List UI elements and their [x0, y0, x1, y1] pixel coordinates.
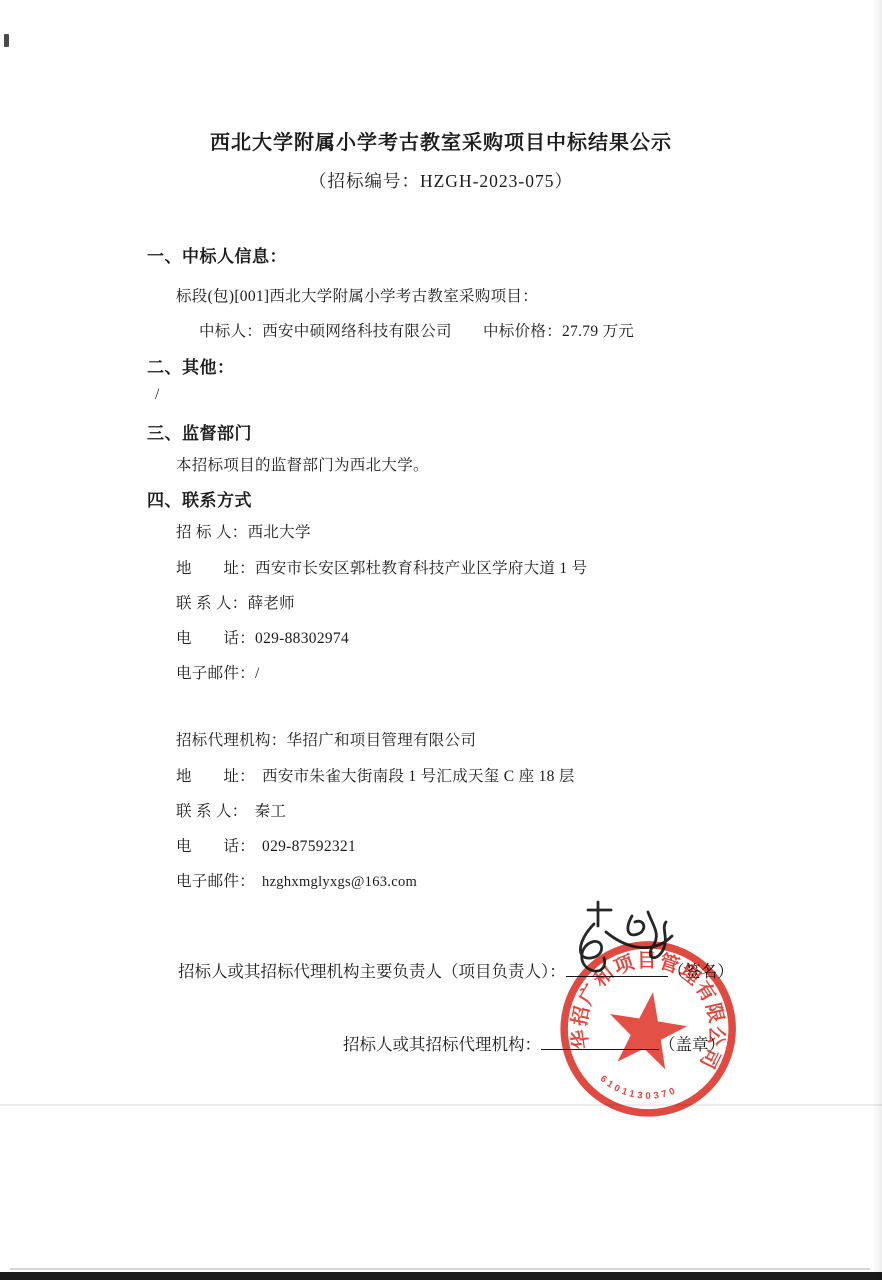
tenderer-label: 招 标 人：	[176, 524, 248, 541]
agency-value: 秦工	[255, 803, 287, 820]
tenderer-value: 西安市长安区郭杜教育科技产业区学府大道 1 号	[255, 560, 587, 577]
tender-number: （招标编号：HZGH-2023-075）	[0, 168, 882, 193]
handwritten-signature	[548, 896, 698, 1006]
section4-heading: 四、联系方式	[147, 486, 252, 511]
scan-bottom-bar	[0, 1272, 882, 1280]
tenderer-value: /	[255, 665, 260, 682]
tenderer-row: 招 标 人：西北大学	[176, 520, 311, 542]
section2-heading: 二、其他：	[147, 353, 235, 378]
agency-label: 联 系 人：	[176, 803, 248, 820]
tenderer-label: 地 址：	[176, 560, 255, 577]
section3-heading: 三、监督部门	[147, 419, 252, 444]
stamp-row-label: 招标人或其招标代理机构：	[343, 1035, 541, 1054]
tenderer-row: 联 系 人：薛老师	[176, 591, 295, 613]
scan-right-shadow	[872, 0, 882, 1280]
agency-label: 电 话：	[176, 838, 255, 855]
tenderer-value: 薛老师	[248, 595, 295, 612]
tenderer-label: 联 系 人：	[176, 595, 248, 612]
tenderer-row: 地 址：西安市长安区郭杜教育科技产业区学府大道 1 号	[176, 556, 587, 578]
agency-label: 招标代理机构：	[176, 732, 287, 749]
scan-artifact-speck	[4, 34, 9, 47]
agency-row: 电 话：029-87592321	[176, 834, 356, 856]
section2-content: /	[155, 386, 160, 404]
scan-fold-line	[0, 1104, 882, 1106]
agency-value: 华招广和项目管理有限公司	[287, 732, 477, 749]
signature-row-label: 招标人或其招标代理机构主要负责人（项目负责人）：	[178, 962, 566, 981]
agency-email: hzghxmglyxgs@163.com	[262, 874, 417, 890]
tenderer-value: 西北大学	[248, 524, 311, 541]
agency-value: 西安市朱雀大街南段 1 号汇成天玺 C 座 18 层	[262, 768, 575, 785]
agency-label: 电子邮件：	[176, 873, 255, 890]
winner-line: 中标人：西安中硕网络科技有限公司	[199, 319, 452, 341]
agency-row: 地 址：西安市朱雀大街南段 1 号汇成天玺 C 座 18 层	[176, 764, 575, 786]
scanned-document-page: 西北大学附属小学考古教室采购项目中标结果公示 （招标编号：HZGH-2023-0…	[0, 0, 882, 1280]
agency-label: 地 址：	[176, 768, 255, 785]
tenderer-label: 电 话：	[176, 630, 255, 647]
scan-edge-line	[10, 1268, 870, 1270]
tenderer-value: 029-88302974	[255, 630, 349, 647]
winner-value: 西安中硕网络科技有限公司	[262, 323, 452, 340]
signature-ink	[548, 896, 698, 1006]
winner-label: 中标人：	[199, 323, 262, 340]
price-value: 27.79 万元	[562, 323, 634, 340]
tenderer-row: 电子邮件：/	[176, 661, 260, 683]
section3-content: 本招标项目的监督部门为西北大学。	[176, 453, 429, 475]
tenderer-label: 电子邮件：	[176, 665, 255, 682]
agency-row: 电子邮件：hzghxmglyxgs@163.com	[176, 869, 417, 891]
agency-row: 联 系 人：秦工	[176, 799, 286, 821]
section1-heading: 一、中标人信息：	[147, 242, 287, 267]
tenderer-row: 电 话：029-88302974	[176, 626, 349, 648]
document-title: 西北大学附属小学考古教室采购项目中标结果公示	[0, 126, 882, 155]
agency-value: 029-87592321	[262, 838, 356, 855]
price-line: 中标价格：27.79 万元	[483, 319, 634, 341]
agency-row: 招标代理机构：华招广和项目管理有限公司	[176, 728, 476, 750]
price-label: 中标价格：	[483, 323, 562, 340]
lot-line: 标段(包)[001]西北大学附属小学考古教室采购项目：	[176, 284, 538, 306]
